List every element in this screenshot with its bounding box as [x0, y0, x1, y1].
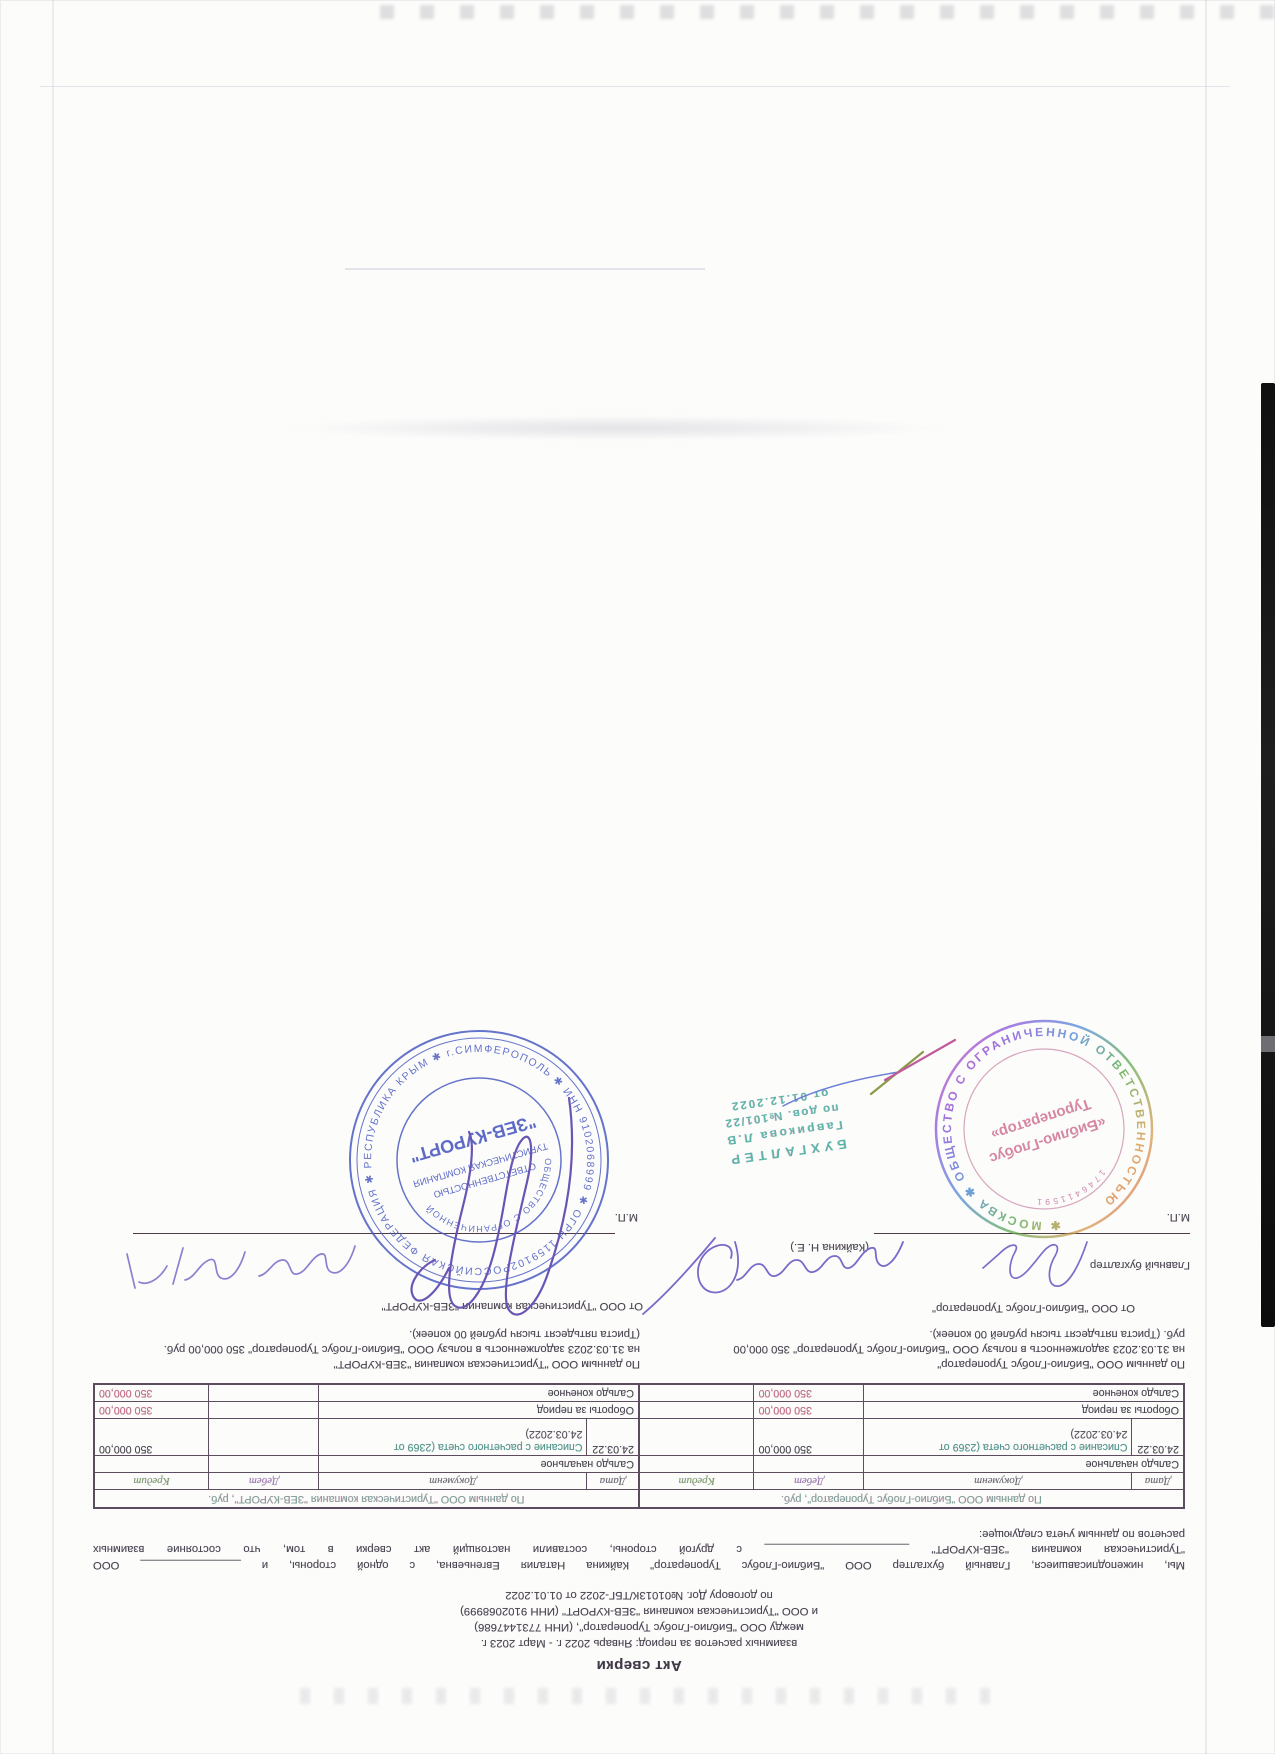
- col-header-credit: Кредит: [639, 1473, 754, 1490]
- page-title: Акт сверки: [93, 1657, 1185, 1674]
- bleedthrough-line-artifact: [40, 86, 1230, 87]
- table-cell-credit: 350 000,00: [94, 1419, 209, 1456]
- turnover-row: Обороты за период 350 000,00 Обороты за …: [94, 1402, 1184, 1419]
- preamble-line: расчетов по данным учета следующее:: [93, 1526, 1185, 1542]
- row-label: Сальдо начальное: [864, 1456, 1184, 1473]
- opening-balance-row: Сальдо начальное Сальдо начальное: [94, 1456, 1184, 1473]
- table-cell: [639, 1456, 754, 1473]
- fold-line-artifact: [1205, 0, 1207, 1754]
- table-cell-document: Списание с расчетного счета (2369 от 24.…: [319, 1419, 587, 1456]
- table-cell-date: 24.03.22: [587, 1419, 639, 1456]
- table-left-title: По данным ООО "Библио-Глобус Туроператор…: [639, 1490, 1184, 1509]
- document-text: Списание с расчетного счета (2369 от: [323, 1441, 582, 1454]
- table-cell: [94, 1456, 209, 1473]
- handwritten-name: [259, 1246, 355, 1276]
- row-label: Сальдо конечное: [319, 1385, 639, 1403]
- col-header-debit: Дебет: [209, 1473, 319, 1490]
- handwritten-name: [127, 1248, 183, 1288]
- signature-flourish-blue: [783, 1072, 899, 1106]
- fold-line-artifact: [52, 0, 54, 1754]
- document-text: Списание с расчетного счета (2369 от: [869, 1441, 1128, 1454]
- preamble-line: Мы, нижеподписавшиеся, Главный бухгалтер…: [93, 1557, 1185, 1573]
- scan-noise-artifact: [380, 5, 1275, 19]
- table-cell-debit: 350 000,00: [754, 1402, 864, 1419]
- col-header-doc: Документ: [864, 1473, 1132, 1490]
- subtitle-line: по договору Дог. №01013К/ТБГ-2022 от 01.…: [93, 1587, 1185, 1603]
- col-header-date: Дата: [587, 1473, 639, 1490]
- scanner-edge-notch: [1261, 1036, 1275, 1052]
- closing-balance-row: Сальдо конечное 350 000,00 Сальдо конечн…: [94, 1385, 1184, 1403]
- col-header-credit: Кредит: [94, 1473, 209, 1490]
- handwritten-name: [185, 1252, 245, 1280]
- table-cell-credit: [639, 1419, 754, 1456]
- preamble: Мы, нижеподписавшиеся, Главный бухгалтер…: [93, 1526, 1185, 1573]
- table-cell-debit: [209, 1385, 319, 1403]
- table-right-title: По данным ООО "Туристическая компания "З…: [94, 1490, 639, 1509]
- scanned-page: Акт сверки взаимных расчетов за период: …: [0, 0, 1275, 1754]
- signature-flourish-magenta: [885, 1040, 955, 1080]
- reconciliation-table: По данным ООО "Библио-Глобус Туроператор…: [93, 1384, 1185, 1510]
- document-content: Акт сверки взаимных расчетов за период: …: [93, 1327, 1185, 1675]
- row-label: Обороты за период: [319, 1402, 639, 1419]
- document-sheet: Акт сверки взаимных расчетов за период: …: [0, 0, 1275, 1754]
- table-cell-credit: 350 000,00: [94, 1385, 209, 1403]
- table-cell-debit: 350 000,00: [754, 1419, 864, 1456]
- table-cell-document: Списание с расчетного счета (2369 от 24.…: [864, 1419, 1132, 1456]
- col-header-doc: Документ: [319, 1473, 587, 1490]
- table-cell-credit: [639, 1402, 754, 1419]
- bleedthrough-smudge-artifact: [280, 416, 950, 440]
- document-text: 24.03.2022): [323, 1428, 582, 1441]
- row-label: Сальдо начальное: [319, 1456, 639, 1473]
- table-band-row: По данным ООО "Библио-Глобус Туроператор…: [94, 1490, 1184, 1509]
- table-cell-credit: [639, 1385, 754, 1403]
- scan-noise-artifact: [300, 1688, 1000, 1704]
- operation-row: 24.03.22 Списание с расчетного счета (23…: [94, 1419, 1184, 1456]
- subtitle-line: между ООО "Библио-Глобус Туроператор", (…: [93, 1619, 1185, 1635]
- table-cell-debit: [209, 1402, 319, 1419]
- signature-gavrikova: [737, 1242, 903, 1280]
- table-cell: [754, 1456, 864, 1473]
- signature-gavrikova: [698, 1242, 738, 1292]
- signature-zev-director: [412, 1260, 449, 1301]
- row-label: Сальдо конечное: [864, 1385, 1184, 1403]
- preamble-line: "Туристическая компания "ЗЕВ-КУРОРТ" ___…: [93, 1541, 1185, 1557]
- document-text: 24.03.2022): [869, 1428, 1128, 1441]
- signature-zev-director: [449, 1098, 572, 1315]
- table-cell-date: 24.03.22: [1132, 1419, 1184, 1456]
- table-cell-debit: 350 000,00: [754, 1385, 864, 1403]
- table-cell: [209, 1456, 319, 1473]
- col-header-date: Дата: [1132, 1473, 1184, 1490]
- table-cell-debit: [209, 1419, 319, 1456]
- signature-kaykina: [983, 1242, 1087, 1286]
- table-cell-credit: 350 000,00: [94, 1402, 209, 1419]
- row-label: Обороты за период: [864, 1402, 1184, 1419]
- document-subtitle: взаимных расчетов за период: Январь 2022…: [93, 1587, 1185, 1651]
- scanner-edge-artifact: [1261, 383, 1275, 1327]
- signature-gavrikova: [643, 1238, 715, 1314]
- table-header-row: Дата Документ Дебет Кредит Дата Документ…: [94, 1473, 1184, 1490]
- bleedthrough-line-artifact: [345, 268, 705, 270]
- subtitle-line: и ООО "Туристическая компания "ЗЕВ-КУРОР…: [93, 1603, 1185, 1619]
- subtitle-line: взаимных расчетов за период: Январь 2022…: [93, 1635, 1185, 1651]
- col-header-debit: Дебет: [754, 1473, 864, 1490]
- handwritten-signatures: [0, 954, 1275, 1374]
